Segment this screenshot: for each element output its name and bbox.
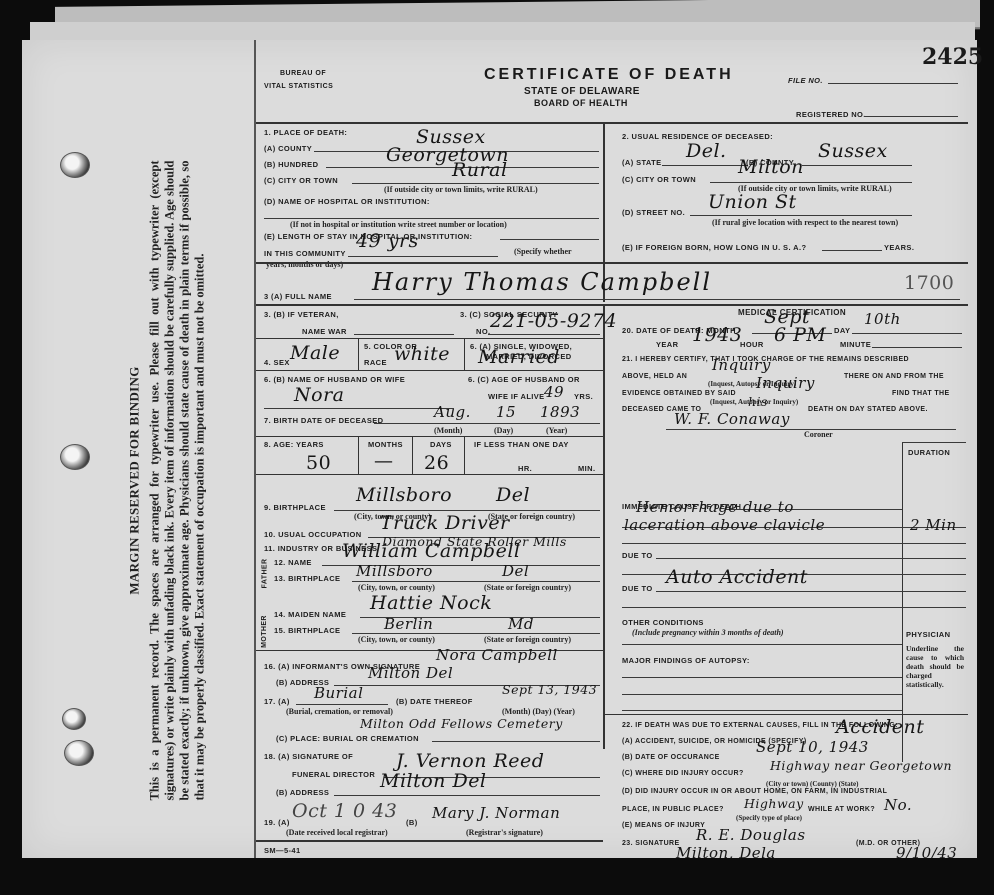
autopsy-line: [622, 710, 902, 711]
res-state-line: [662, 165, 748, 166]
injury-location-note: (City or town) (County) (State): [766, 780, 858, 788]
director-address-value[interactable]: Milton Del: [380, 770, 487, 792]
evidence-value[interactable]: Inquiry: [756, 374, 815, 392]
death-day-line: [852, 333, 962, 334]
funeral-director-value[interactable]: J. Vernon Reed: [396, 750, 544, 772]
full-name-value[interactable]: Harry Thomas Campbell: [372, 268, 712, 296]
duration-top-line: [902, 442, 966, 443]
death-minute-line: [872, 347, 962, 348]
physician-note: Underline the cause to which death shoul…: [906, 644, 964, 689]
city-note: (City, town, or county): [358, 635, 435, 644]
divider: [256, 262, 968, 264]
divider: [256, 338, 603, 339]
birth-day-value[interactable]: 15: [496, 403, 516, 421]
res-street-label: (D) STREET NO.: [622, 208, 685, 217]
coroner-label: Coroner: [804, 430, 833, 439]
birthplace-label: 9. BIRTHPLACE: [264, 503, 326, 512]
occurance-date-label: (B) DATE OF OCCURANCE: [622, 754, 720, 761]
birthplace-state-value[interactable]: Del: [496, 484, 530, 506]
hundred-label: (B) HUNDRED: [264, 160, 318, 169]
res-city-value[interactable]: Milton: [738, 156, 804, 178]
death-year-value[interactable]: 1943: [692, 324, 742, 346]
min-label: MIN.: [578, 464, 595, 473]
file-number: 2425: [922, 44, 983, 70]
held-suffix: THERE ON AND FROM THE: [844, 373, 944, 380]
spouse-value[interactable]: Nora: [294, 384, 344, 406]
burial-place-line: [432, 741, 600, 742]
father-birthplace-label: 13. BIRTHPLACE: [274, 574, 340, 583]
immediate-cause-value-2[interactable]: laceration above clavicle: [624, 516, 825, 534]
immediate-cause-value-1[interactable]: Hemorrhage due to: [636, 498, 794, 516]
home-farm-label: (D) DID INJURY OCCUR IN OR ABOUT HOME, O…: [622, 788, 887, 795]
veteran-label: 3. (B) IF VETERAN,: [264, 310, 339, 319]
registrar-label: (B): [406, 818, 418, 827]
less-day-label: IF LESS THAN ONE DAY: [474, 440, 569, 449]
occupation-value[interactable]: Truck Driver: [380, 512, 510, 534]
means-of-injury-label: (E) MEANS OF INJURY: [622, 822, 705, 829]
foreign-born-line: [822, 250, 882, 251]
death-minute-label: MINUTE: [840, 340, 871, 349]
occurance-date-value[interactable]: Sept 10, 1943: [756, 738, 869, 756]
spouse-line: [264, 408, 454, 409]
divider: [256, 122, 968, 124]
divider: [256, 304, 968, 306]
registrar-signature-value[interactable]: Mary J. Norman: [432, 804, 560, 822]
at-work-value[interactable]: No.: [884, 796, 912, 814]
spouse-age-value[interactable]: 49: [544, 383, 564, 401]
disposition-date-label: (B) DATE THEREOF: [396, 697, 473, 706]
divider: [256, 370, 603, 371]
binding-margin: MARGIN RESERVED FOR BINDING This is a pe…: [22, 40, 256, 858]
came-value[interactable]: his: [748, 394, 768, 409]
occupation-label: 10. USUAL OCCUPATION: [264, 530, 362, 539]
physician-signature-label: 23. SIGNATURE: [622, 840, 680, 847]
community-value[interactable]: 49 yrs: [356, 230, 419, 252]
margin-text: This is a permanent record. The spaces a…: [148, 161, 208, 801]
race-label: RACE: [364, 358, 387, 367]
other-conditions-note: (Include pregnancy within 3 months of de…: [632, 628, 784, 637]
city-note: (City, town, or county): [358, 583, 435, 592]
cause-line: [622, 543, 966, 544]
father-name-label: 12. NAME: [274, 558, 312, 567]
community-line: [348, 256, 498, 257]
accident-type-value[interactable]: Accident: [836, 716, 924, 738]
file-no-line: [828, 83, 958, 84]
death-year-label: YEAR: [656, 340, 678, 349]
res-street-line: [690, 215, 912, 216]
due-to-label-1: DUE TO: [622, 551, 653, 560]
place-type-note: (Specify type of place): [736, 814, 802, 822]
came-suffix: DEATH ON DAY STATED ABOVE.: [808, 406, 928, 413]
registered-no-line: [864, 116, 958, 117]
state-name: STATE OF DELAWARE: [524, 86, 640, 97]
cell-divider: [464, 436, 465, 474]
injury-location-label: (C) WHERE DID INJURY OCCUR?: [622, 770, 744, 777]
ssn-value[interactable]: 221-05-9274: [490, 310, 617, 332]
cause-line: [622, 607, 966, 608]
held-value[interactable]: Inquiry: [712, 356, 771, 374]
spouse-label: 6. (B) NAME OF HUSBAND OR WIFE: [264, 375, 405, 384]
cell-divider: [464, 338, 465, 370]
father-side-label: FATHER: [261, 559, 268, 589]
certificate-form: BUREAU OF VITAL STATISTICS CERTIFICATE O…: [256, 40, 968, 835]
father-birthplace-line: [352, 581, 600, 582]
years-label: YEARS.: [884, 243, 914, 252]
mother-birthplace-line: [352, 633, 600, 634]
punch-hole-icon: [60, 444, 90, 470]
age-days-value[interactable]: 26: [424, 452, 449, 474]
city-value[interactable]: Rural: [452, 159, 508, 181]
received-value[interactable]: Oct 1 0 43: [292, 800, 397, 822]
injury-location-value[interactable]: Highway near Georgetown: [770, 758, 952, 773]
specify-note: (Specify whether: [514, 247, 572, 256]
received-note: (Date received local registrar): [286, 828, 388, 837]
at-work-label: WHILE AT WORK?: [808, 806, 875, 813]
cell-divider: [358, 338, 359, 370]
race-value[interactable]: white: [394, 343, 450, 365]
bureau-line-1: BUREAU OF: [280, 70, 326, 77]
cell-divider: [412, 436, 413, 474]
autopsy-label: MAJOR FINDINGS OF AUTOPSY:: [622, 656, 750, 665]
birth-date-label: 7. BIRTH DATE OF DECEASED: [264, 416, 383, 425]
disposition-date-value[interactable]: Sept 13, 1943: [502, 682, 597, 697]
public-place-value[interactable]: Highway: [744, 796, 804, 811]
burial-place-value[interactable]: Milton Odd Fellows Cemetery: [360, 716, 563, 731]
disposition-type-note: (Burial, cremation, or removal): [286, 707, 393, 716]
hospital-note: (If not in hospital or institution write…: [290, 220, 507, 229]
community-label: IN THIS COMMUNITY: [264, 249, 346, 258]
birthplace-line: [334, 510, 600, 511]
city-label: (C) CITY OR TOWN: [264, 176, 338, 185]
res-city-line: [710, 182, 912, 183]
death-day-value[interactable]: 10th: [864, 310, 901, 328]
place-of-death-heading: 1. PLACE OF DEATH:: [264, 128, 347, 137]
hospital-line: [264, 218, 599, 219]
divider: [256, 474, 603, 475]
ssn-line: [488, 334, 600, 335]
physician-signature-value[interactable]: R. E. Douglas: [696, 826, 806, 844]
city-line: [352, 183, 599, 184]
column-divider: [603, 304, 605, 749]
margin-title: MARGIN RESERVED FOR BINDING: [127, 161, 142, 801]
sex-label: 4. SEX: [264, 358, 290, 367]
res-street-value[interactable]: Union St: [708, 191, 797, 213]
divider: [603, 714, 968, 715]
index-annotation: 1700: [904, 272, 954, 294]
res-state-value[interactable]: Del.: [686, 140, 727, 162]
day-note: (Day): [494, 426, 513, 435]
name-war-label: NAME WAR: [302, 327, 347, 336]
state-note: (State or foreign country): [484, 635, 571, 644]
age-months-value[interactable]: —: [374, 450, 394, 472]
mother-name-value[interactable]: Hattie Nock: [370, 592, 492, 614]
mother-name-label: 14. MAIDEN NAME: [274, 610, 346, 619]
father-birthplace-state-value[interactable]: Del: [502, 562, 529, 580]
autopsy-line: [622, 694, 902, 695]
birthplace-city-value[interactable]: Millsboro: [356, 484, 452, 506]
age-days-label: DAYS: [430, 440, 452, 449]
autopsy-line: [622, 677, 902, 678]
informant-signature-value[interactable]: Nora Campbell: [436, 646, 558, 664]
age-years-label: 8. AGE: YEARS: [264, 440, 324, 449]
sex-value[interactable]: Male: [290, 342, 340, 364]
full-name-label: 3 (A) FULL NAME: [264, 292, 332, 301]
death-day-label: DAY: [834, 326, 850, 335]
res-county-value[interactable]: Sussex: [818, 140, 888, 162]
hospital-label: (D) NAME OF HOSPITAL OR INSTITUTION:: [264, 197, 430, 206]
punch-hole-icon: [60, 152, 90, 178]
father-birthplace-city-value[interactable]: Millsboro: [356, 562, 433, 580]
cell-divider: [358, 436, 359, 474]
file-no-label: FILE NO.: [788, 76, 823, 85]
duration-label: DURATION: [908, 448, 950, 457]
director-address-label: (B) ADDRESS: [276, 788, 329, 797]
disposition-type-line: [296, 704, 388, 705]
disposition-date-note: (Month) (Day) (Year): [502, 707, 575, 716]
due-to-line: [656, 591, 966, 592]
registrar-note: (Registrar's signature): [466, 828, 543, 837]
mother-birthplace-state-value[interactable]: Md: [508, 615, 534, 633]
hr-label: HR.: [518, 464, 532, 473]
other-conditions-label: OTHER CONDITIONS: [622, 618, 704, 627]
res-city-label: (C) CITY OR TOWN: [622, 175, 696, 184]
res-county-line: [802, 165, 912, 166]
city-note: (If outside city or town limits, write R…: [384, 185, 538, 194]
bureau-line-2: VITAL STATISTICS: [264, 83, 333, 90]
mother-side-label: MOTHER: [261, 615, 268, 648]
marital-value[interactable]: Married: [478, 346, 560, 368]
evidence-suffix: FIND THAT THE: [892, 390, 950, 397]
burial-place-label: (C) PLACE: BURIAL OR CREMATION: [276, 734, 419, 743]
name-war-line: [354, 334, 454, 335]
page-title: CERTIFICATE OF DEATH: [484, 66, 734, 84]
death-hour-label: HOUR: [740, 340, 764, 349]
binding-instructions: MARGIN RESERVED FOR BINDING This is a pe…: [127, 161, 208, 801]
res-state-label: (A) STATE: [622, 158, 662, 167]
mother-birthplace-city-value[interactable]: Berlin: [384, 615, 433, 633]
father-name-value[interactable]: William Campbell: [342, 540, 521, 562]
public-place-label: PLACE, IN PUBLIC PLACE?: [622, 806, 724, 813]
due-to-label-2: DUE TO: [622, 584, 653, 593]
full-name-line: [354, 299, 960, 300]
birth-date-line: [374, 423, 600, 424]
death-hour-value[interactable]: 6 PM: [774, 324, 826, 346]
funeral-director-label-2: FUNERAL DIRECTOR: [292, 770, 375, 779]
coroner-signature-value[interactable]: W. F. Conaway: [674, 410, 790, 428]
divider: [256, 436, 603, 437]
director-address-line: [334, 795, 600, 796]
county-label: (A) COUNTY: [264, 144, 312, 153]
other-line: [622, 644, 902, 645]
disposition-type-label: 17. (A): [264, 697, 290, 706]
birth-year-value[interactable]: 1893: [540, 403, 580, 421]
informant-address-value[interactable]: Milton Del: [368, 664, 453, 682]
duration-value[interactable]: 2 Min: [910, 516, 957, 534]
background-bottom: [22, 858, 977, 895]
held-label: ABOVE, HELD AN: [622, 373, 687, 380]
received-label: 19. (A): [264, 818, 290, 827]
divider: [256, 840, 603, 842]
punch-hole-icon: [64, 740, 94, 766]
state-note: (State or foreign country): [484, 583, 571, 592]
registered-no-label: REGISTERED NO.: [796, 110, 866, 119]
year-note: (Year): [546, 426, 567, 435]
yrs-label: YRS.: [574, 392, 593, 401]
form-code: SM—5-41: [264, 846, 301, 855]
board-name: BOARD OF HEALTH: [534, 98, 628, 108]
month-note: (Month): [434, 426, 462, 435]
mother-birthplace-label: 15. BIRTHPLACE: [274, 626, 340, 635]
evidence-label: EVIDENCE OBTAINED BY SAID: [622, 390, 736, 397]
punch-hole-icon: [62, 708, 86, 730]
age-months-label: MONTHS: [368, 440, 403, 449]
disposition-type-value[interactable]: Burial: [314, 684, 363, 702]
foreign-born-label: (E) IF FOREIGN BORN, HOW LONG IN U. S. A…: [622, 243, 806, 252]
due-to-value[interactable]: Auto Accident: [666, 566, 808, 588]
physician-label: PHYSICIAN: [906, 630, 950, 639]
birth-month-value[interactable]: Aug.: [434, 403, 471, 421]
stay-line: [500, 239, 599, 240]
due-to-line: [656, 558, 966, 559]
funeral-director-label: 18. (A) SIGNATURE OF: [264, 752, 353, 761]
res-street-note: (If rural give location with respect to …: [712, 218, 898, 227]
spouse-age-label-2: WIFE IF ALIVE: [488, 392, 545, 401]
age-years-value[interactable]: 50: [306, 452, 331, 474]
